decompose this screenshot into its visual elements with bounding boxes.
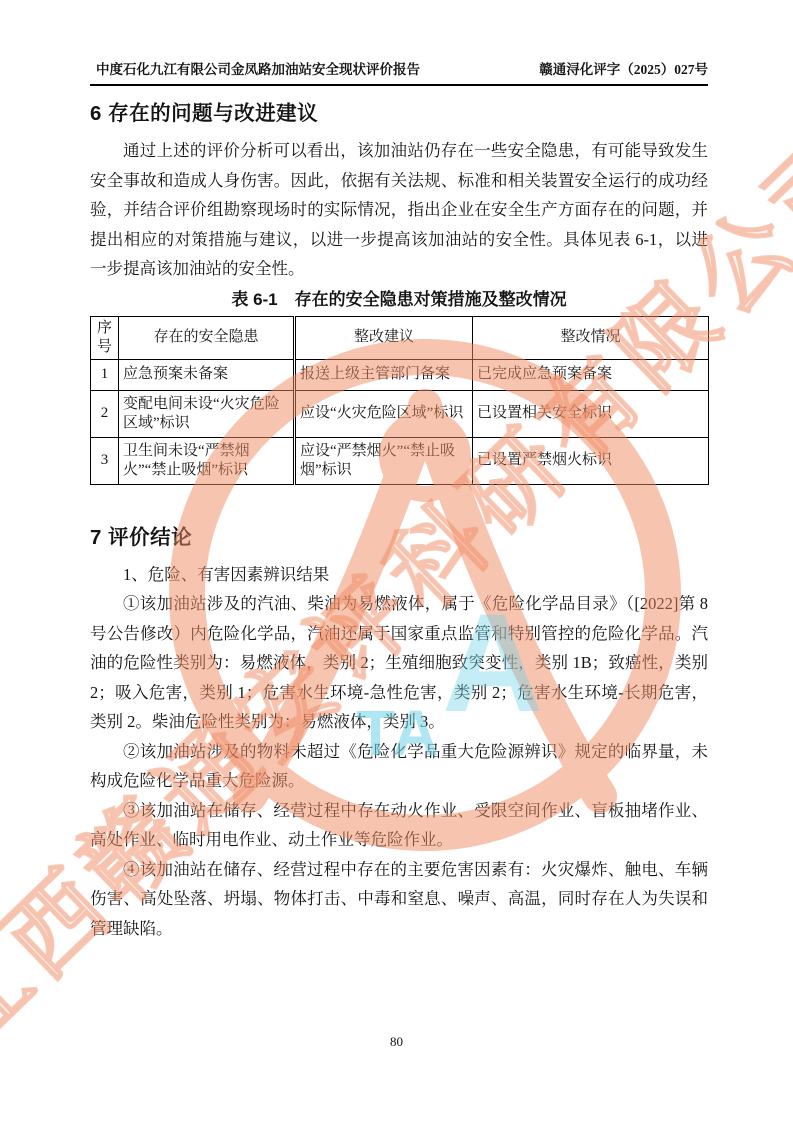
cell-no: 1 — [91, 359, 119, 390]
header-report-title: 中度石化九江有限公司金凤路加油站安全现状评价报告 — [96, 60, 420, 80]
section-7-paragraph-1: ①该加油站涉及的汽油、柴油为易燃液体，属于《危险化学品目录》（[2022]第 8… — [90, 589, 708, 737]
cell-suggestion: 应设“火灾危险区域”标识 — [295, 390, 473, 437]
cell-hazard: 变配电间未设“火灾危险区域”标识 — [119, 390, 295, 437]
cell-status: 已完成应急预案备案 — [473, 359, 709, 390]
table-caption: 表 6-1 存在的安全隐患对策措施及整改情况 — [90, 287, 708, 313]
cell-suggestion: 报送上级主管部门备案 — [295, 359, 473, 390]
table-row: 1 应急预案未备案 报送上级主管部门备案 已完成应急预案备案 — [91, 359, 709, 390]
section-7-paragraph-3: ③该加油站在储存、经营过程中存在动火作业、受限空间作业、盲板抽堵作业、高处作业、… — [90, 796, 708, 855]
header-doc-number: 赣通浔化评字（2025）027号 — [539, 60, 708, 80]
section-6-paragraph: 通过上述的评价分析可以看出，该加油站仍存在一些安全隐患，有可能导致发生安全事故和… — [90, 136, 708, 284]
col-header-suggestion: 整改建议 — [295, 316, 473, 359]
col-header-no: 序号 — [91, 316, 119, 359]
cell-status: 已设置严禁烟火标识 — [473, 437, 709, 484]
section-7-paragraph-4: ④该加油站在储存、经营过程中存在的主要危害因素有：火灾爆炸、触电、车辆伤害、高处… — [90, 855, 708, 944]
cell-suggestion: 应设“严禁烟火”“禁止吸烟”标识 — [295, 437, 473, 484]
section-7-paragraph-2: ②该加油站涉及的物料未超过《危险化学品重大危险源辨识》规定的临界量，未构成危险化… — [90, 737, 708, 796]
cell-no: 3 — [91, 437, 119, 484]
document-page: 中度石化九江有限公司金凤路加油站安全现状评价报告 赣通浔化评字（2025）027… — [0, 0, 793, 1122]
cell-no: 2 — [91, 390, 119, 437]
table-row: 3 卫生间未设“严禁烟火”“禁止吸烟”标识 应设“严禁烟火”“禁止吸烟”标识 已… — [91, 437, 709, 484]
hazard-table: 序号 存在的安全隐患 整改建议 整改情况 1 应急预案未备案 报送上级主管部门备… — [90, 316, 709, 485]
section-7-subheading: 1、危险、有害因素辨识结果 — [90, 560, 708, 590]
section-7-heading: 7 评价结论 — [90, 525, 708, 551]
page-content: 中度石化九江有限公司金凤路加油站安全现状评价报告 赣通浔化评字（2025）027… — [90, 60, 708, 943]
col-header-hazard: 存在的安全隐患 — [119, 316, 295, 359]
cell-hazard: 卫生间未设“严禁烟火”“禁止吸烟”标识 — [119, 437, 295, 484]
section-6-heading: 6 存在的问题与改进建议 — [90, 101, 708, 127]
page-number: 80 — [0, 1034, 793, 1050]
cell-status: 已设置相关安全标识 — [473, 390, 709, 437]
cell-hazard: 应急预案未备案 — [119, 359, 295, 390]
table-row: 2 变配电间未设“火灾危险区域”标识 应设“火灾危险区域”标识 已设置相关安全标… — [91, 390, 709, 437]
page-header: 中度石化九江有限公司金凤路加油站安全现状评价报告 赣通浔化评字（2025）027… — [90, 60, 708, 86]
col-header-status: 整改情况 — [473, 316, 709, 359]
table-header-row: 序号 存在的安全隐患 整改建议 整改情况 — [91, 316, 709, 359]
